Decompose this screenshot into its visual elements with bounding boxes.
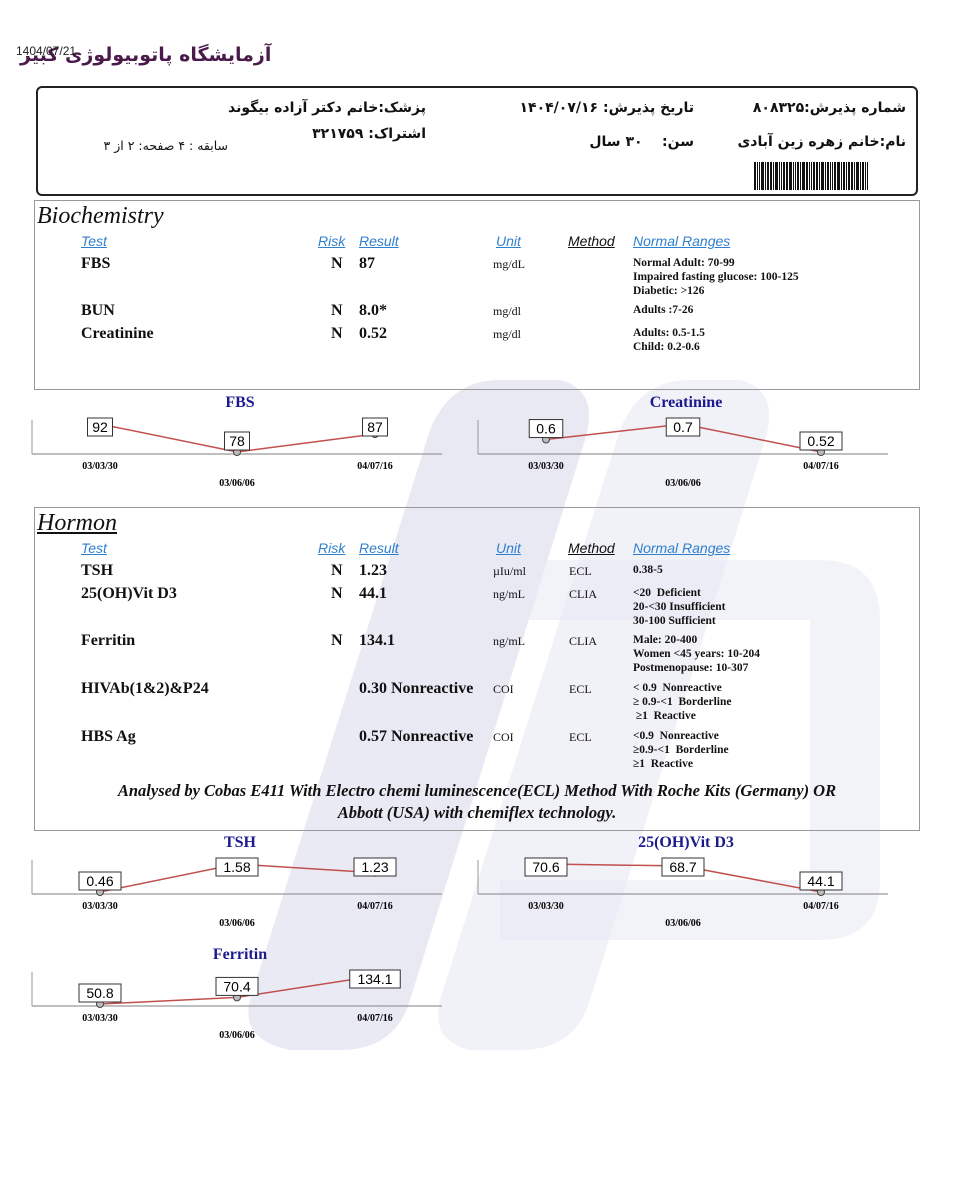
test-method: ECL [569, 730, 592, 745]
test-unit: µIu/ml [493, 564, 526, 579]
test-method: CLIA [569, 587, 597, 602]
risk-flag: N [331, 325, 343, 343]
risk-flag: N [331, 255, 343, 273]
test-unit: mg/dl [493, 304, 521, 319]
svg-text:04/07/16: 04/07/16 [357, 461, 393, 472]
normal-ranges: <20 Deficient 20-<30 Insufficient 30-100… [633, 586, 725, 628]
svg-text:03/06/06: 03/06/06 [219, 918, 255, 929]
fbs-trend-chart: FBS92788703/03/3003/06/0604/07/16 [30, 392, 450, 492]
normal-ranges: Adults :7-26 [633, 303, 693, 317]
test-name: FBS [81, 255, 110, 273]
test-unit: ng/mL [493, 634, 525, 649]
test-method: CLIA [569, 634, 597, 649]
svg-text:03/03/30: 03/03/30 [82, 901, 118, 912]
svg-text:0.7: 0.7 [673, 419, 693, 435]
svg-text:03/03/30: 03/03/30 [82, 1013, 118, 1024]
normal-ranges: Male: 20-400 Women <45 years: 10-204 Pos… [633, 633, 760, 675]
col-test: Test [81, 540, 107, 556]
test-name: Creatinine [81, 325, 154, 343]
svg-text:1.58: 1.58 [223, 859, 250, 875]
svg-text:03/06/06: 03/06/06 [665, 918, 701, 929]
svg-text:04/07/16: 04/07/16 [357, 1013, 393, 1024]
admission-date: تاریخ پذیرش: ۱۴۰۴/۰۷/۱۶ [520, 100, 695, 116]
svg-text:03/03/30: 03/03/30 [82, 461, 118, 472]
normal-ranges: < 0.9 Nonreactive ≥ 0.9-<1 Borderline ≥1… [633, 681, 731, 723]
svg-text:92: 92 [92, 419, 108, 435]
test-result: 87 [359, 255, 375, 273]
hormon-section: Hormon Test Risk Result Unit Method Norm… [34, 507, 920, 831]
test-result: 8.0* [359, 302, 387, 320]
svg-text:04/07/16: 04/07/16 [357, 901, 393, 912]
test-unit: mg/dl [493, 327, 521, 342]
svg-text:04/07/16: 04/07/16 [803, 461, 839, 472]
col-test: Test [81, 233, 107, 249]
col-method: Method [568, 540, 615, 556]
svg-text:04/07/16: 04/07/16 [803, 901, 839, 912]
col-risk: Risk [318, 540, 345, 556]
creatinine-trend-chart: Creatinine0.60.70.5203/03/3003/06/0604/0… [476, 392, 896, 492]
svg-text:03/06/06: 03/06/06 [219, 1030, 255, 1041]
col-method: Method [568, 233, 615, 249]
patient-age: سن: ۳۰ سال [589, 134, 694, 150]
normal-ranges: Normal Adult: 70-99 Impaired fasting glu… [633, 256, 799, 298]
history-page: سابقه : ۴ صفحه: ۲ از ۳ [104, 138, 228, 153]
svg-text:78: 78 [229, 433, 245, 449]
col-result: Result [359, 540, 399, 556]
print-date: 1404/07/21 [16, 44, 76, 58]
patient-info-box: شماره پذیرش:۸۰۸۳۲۵ تاریخ پذیرش: ۱۴۰۴/۰۷/… [36, 86, 918, 196]
test-result: 0.30 Nonreactive [359, 680, 473, 698]
svg-text:0.46: 0.46 [86, 873, 113, 889]
tsh-trend-chart: TSH0.461.581.2303/03/3003/06/0604/07/16 [30, 832, 450, 932]
svg-text:03/06/06: 03/06/06 [665, 478, 701, 489]
svg-text:134.1: 134.1 [357, 971, 392, 987]
admission-number: شماره پذیرش:۸۰۸۳۲۵ [753, 100, 906, 116]
svg-text:1.23: 1.23 [361, 859, 388, 875]
method-footnote: Analysed by Cobas E411 With Electro chem… [35, 780, 919, 824]
col-risk: Risk [318, 233, 345, 249]
test-name: Ferritin [81, 632, 135, 650]
vitd3-trend-chart: 25(OH)Vit D370.668.744.103/03/3003/06/06… [476, 832, 896, 932]
section-title: Biochemistry [37, 203, 164, 230]
col-result: Result [359, 233, 399, 249]
svg-text:70.6: 70.6 [532, 859, 559, 875]
test-result: 44.1 [359, 585, 387, 603]
doctor-name: پزشک:خانم دکتر آزاده بیگوند [228, 100, 426, 116]
svg-text:87: 87 [367, 419, 383, 435]
test-unit: COI [493, 682, 514, 697]
risk-flag: N [331, 562, 343, 580]
footnote-line1: Analysed by Cobas E411 With Electro chem… [35, 780, 919, 802]
test-result: 134.1 [359, 632, 395, 650]
normal-ranges: 0.38-5 [633, 563, 663, 577]
barcode [754, 162, 908, 190]
risk-flag: N [331, 632, 343, 650]
test-method: ECL [569, 682, 592, 697]
normal-ranges: <0.9 Nonreactive ≥0.9-<1 Borderline ≥1 R… [633, 729, 729, 771]
test-method: ECL [569, 564, 592, 579]
risk-flag: N [331, 585, 343, 603]
svg-text:03/03/30: 03/03/30 [528, 461, 564, 472]
footnote-line2: Abbott (USA) with chemiflex technology. [35, 802, 919, 824]
svg-text:0.52: 0.52 [807, 433, 834, 449]
test-result: 1.23 [359, 562, 387, 580]
test-unit: ng/mL [493, 587, 525, 602]
section-title: Hormon [37, 510, 117, 537]
test-name: TSH [81, 562, 113, 580]
patient-name: نام:خانم زهره زین آبادی [737, 134, 906, 150]
col-ranges: Normal Ranges [633, 233, 730, 249]
svg-text:03/03/30: 03/03/30 [528, 901, 564, 912]
test-unit: COI [493, 730, 514, 745]
biochemistry-section: Biochemistry Test Risk Result Unit Metho… [34, 200, 920, 390]
svg-text:70.4: 70.4 [223, 978, 250, 994]
normal-ranges: Adults: 0.5-1.5 Child: 0.2-0.6 [633, 326, 705, 354]
svg-text:68.7: 68.7 [669, 859, 696, 875]
test-name: HIVAb(1&2)&P24 [81, 680, 209, 698]
svg-text:50.8: 50.8 [86, 985, 113, 1001]
test-name: BUN [81, 302, 115, 320]
col-ranges: Normal Ranges [633, 540, 730, 556]
test-name: HBS Ag [81, 728, 136, 746]
col-unit: Unit [496, 233, 521, 249]
subscription-number: اشتراک: ۳۲۱۷۵۹ [312, 126, 426, 142]
svg-text:44.1: 44.1 [807, 873, 834, 889]
test-result: 0.52 [359, 325, 387, 343]
test-name: 25(OH)Vit D3 [81, 585, 177, 603]
ferritin-trend-chart: Ferritin50.870.4134.103/03/3003/06/0604/… [30, 944, 450, 1044]
svg-text:03/06/06: 03/06/06 [219, 478, 255, 489]
col-unit: Unit [496, 540, 521, 556]
risk-flag: N [331, 302, 343, 320]
test-result: 0.57 Nonreactive [359, 728, 473, 746]
svg-text:0.6: 0.6 [536, 421, 556, 437]
test-unit: mg/dL [493, 257, 525, 272]
